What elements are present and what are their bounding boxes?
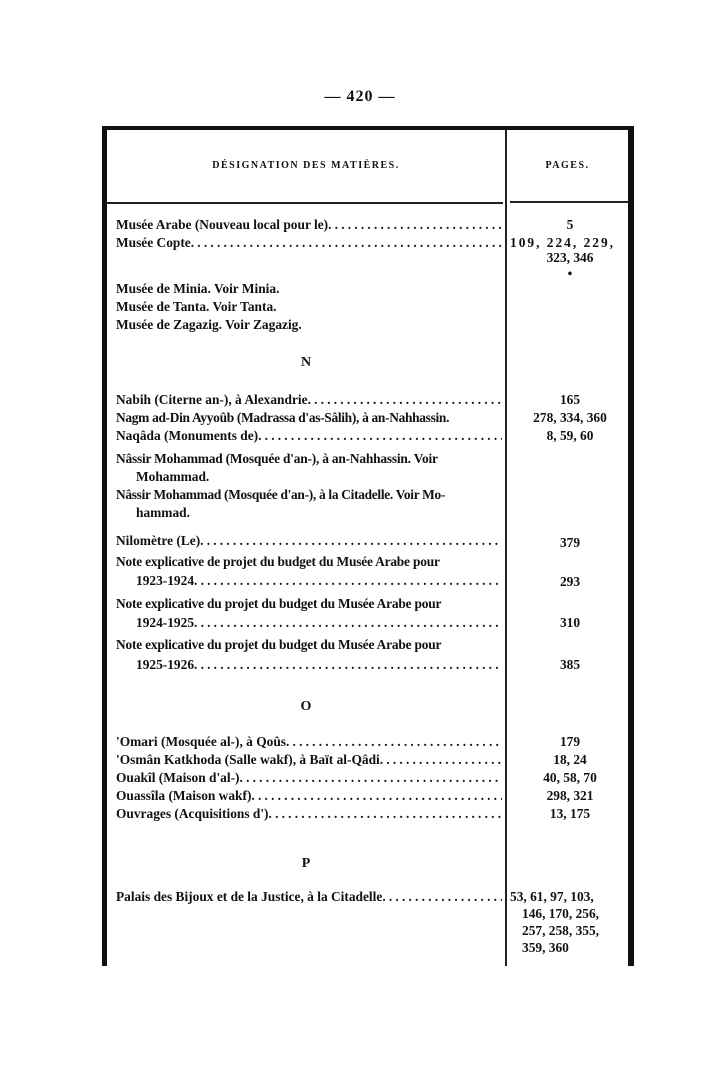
entry-pages: 293 bbox=[509, 573, 631, 591]
entry-pages: 53, 61, 97, 103, bbox=[510, 888, 632, 906]
header-rule bbox=[107, 202, 503, 204]
index-entry: Ouakîl (Maison d'al-) bbox=[116, 769, 502, 787]
index-entry-continued: 1924-1925 bbox=[136, 614, 502, 632]
entry-text: Musée Arabe (Nouveau local pour le) bbox=[116, 216, 328, 234]
index-entry: Ouassîla (Maison wakf) bbox=[116, 787, 502, 805]
entry-pages: 179 bbox=[509, 733, 631, 751]
leader-dots bbox=[191, 234, 502, 252]
entry-text: Nilomètre (Le) bbox=[116, 532, 200, 550]
entry-text: Musée de Zagazig. Voir Zagazig. bbox=[116, 316, 302, 334]
index-entry: 'Omari (Mosquée al-), à Qoûs bbox=[116, 733, 502, 751]
index-entry: Musée de Tanta. Voir Tanta. bbox=[116, 298, 502, 316]
header-rule bbox=[510, 201, 628, 203]
index-entry-continued: 1923-1924 bbox=[136, 572, 502, 590]
entry-text: Palais des Bijoux et de la Justice, à la… bbox=[116, 888, 382, 906]
entry-text: Musée Copte bbox=[116, 234, 191, 252]
entry-pages: 278, 334, 360 bbox=[509, 409, 631, 427]
entry-text: Note explicative du projet du budget du … bbox=[116, 636, 441, 654]
leader-dots bbox=[328, 216, 502, 234]
leader-dots bbox=[240, 769, 502, 787]
index-entry: Musée de Minia. Voir Minia. bbox=[116, 280, 502, 298]
index-entry: 'Osmân Katkhoda (Salle wakf), à Baït al-… bbox=[116, 751, 502, 769]
index-entry: Nabih (Citerne an-), à Alexandrie bbox=[116, 391, 502, 409]
table-left-border bbox=[102, 126, 107, 966]
column-header-designation: DÉSIGNATION DES MATIÈRES. bbox=[107, 160, 505, 171]
entry-pages: 5 bbox=[509, 216, 631, 234]
entry-text: Note explicative du projet du budget du … bbox=[116, 595, 441, 613]
leader-dots bbox=[308, 391, 502, 409]
entry-text: 1925-1926 bbox=[136, 656, 194, 674]
index-entry-continued: hammad. bbox=[136, 504, 502, 522]
leader-dots bbox=[286, 733, 502, 751]
entry-text: Naqâda (Monuments de) bbox=[116, 427, 258, 445]
index-entry: Naqâda (Monuments de) bbox=[116, 427, 502, 445]
entry-pages: 379 bbox=[509, 534, 631, 552]
leader-dots bbox=[194, 614, 502, 632]
entry-text: hammad. bbox=[136, 504, 190, 522]
leader-dots bbox=[269, 805, 502, 823]
entry-pages: 13, 175 bbox=[509, 805, 631, 823]
column-divider bbox=[505, 130, 507, 966]
entry-text: Ouassîla (Maison wakf) bbox=[116, 787, 251, 805]
entry-pages-continued: 257, 258, 355, bbox=[522, 922, 644, 940]
entry-text: 'Osmân Katkhoda (Salle wakf), à Baït al-… bbox=[116, 751, 380, 769]
entry-pages-continued: 146, 170, 256, bbox=[522, 905, 644, 923]
index-entry: Note explicative de projet du budget du … bbox=[116, 553, 502, 571]
entry-text: Musée de Tanta. Voir Tanta. bbox=[116, 298, 277, 316]
entry-text: 'Omari (Mosquée al-), à Qoûs bbox=[116, 733, 286, 751]
page-number: — 420 — bbox=[0, 88, 720, 106]
leader-dots bbox=[382, 888, 502, 906]
entry-pages: 310 bbox=[509, 614, 631, 632]
section-letter-p: P bbox=[107, 856, 505, 872]
index-entry-continued: Mohammad. bbox=[136, 468, 502, 486]
entry-text: Nagm ad-Din Ayyoûb (Madrassa d'as-Sâlih)… bbox=[116, 409, 449, 427]
leader-dots bbox=[194, 572, 502, 590]
entry-pages: 385 bbox=[509, 656, 631, 674]
index-entry: Nagm ad-Din Ayyoûb (Madrassa d'as-Sâlih)… bbox=[116, 409, 502, 427]
index-entry: Ouvrages (Acquisitions d') bbox=[116, 805, 502, 823]
section-letter-o: O bbox=[107, 699, 505, 715]
index-entry: Nilomètre (Le) bbox=[116, 532, 502, 550]
leader-dots bbox=[200, 532, 502, 550]
leader-dots bbox=[194, 656, 502, 674]
entry-pages: 18, 24 bbox=[509, 751, 631, 769]
index-entry: Nâssir Mohammad (Mosquée d'an-), à la Ci… bbox=[116, 486, 502, 504]
entry-text: Musée de Minia. Voir Minia. bbox=[116, 280, 279, 298]
entry-text: Note explicative de projet du budget du … bbox=[116, 553, 440, 571]
table-top-border bbox=[102, 126, 634, 130]
column-header-pages: PAGES. bbox=[507, 160, 628, 171]
entry-text: Nâssir Mohammad (Mosquée d'an-), à an-Na… bbox=[116, 450, 438, 468]
entry-pages: 165 bbox=[509, 391, 631, 409]
entry-text: Nâssir Mohammad (Mosquée d'an-), à la Ci… bbox=[116, 486, 445, 504]
entry-text: Nabih (Citerne an-), à Alexandrie bbox=[116, 391, 308, 409]
index-entry: Palais des Bijoux et de la Justice, à la… bbox=[116, 888, 502, 906]
entry-pages: 8, 59, 60 bbox=[509, 427, 631, 445]
index-entry: Musée de Zagazig. Voir Zagazig. bbox=[116, 316, 502, 334]
index-entry: Musée Arabe (Nouveau local pour le) bbox=[116, 216, 502, 234]
leader-dots bbox=[251, 787, 502, 805]
entry-pages: • bbox=[509, 265, 631, 283]
entry-text: Ouakîl (Maison d'al-) bbox=[116, 769, 240, 787]
index-entry: Note explicative du projet du budget du … bbox=[116, 595, 502, 613]
entry-pages-continued: 359, 360 bbox=[522, 939, 644, 957]
entry-text: 1923-1924 bbox=[136, 572, 194, 590]
leader-dots bbox=[380, 751, 502, 769]
index-entry: Nâssir Mohammad (Mosquée d'an-), à an-Na… bbox=[116, 450, 502, 468]
section-letter-n: N bbox=[107, 355, 505, 371]
leader-dots bbox=[258, 427, 502, 445]
entry-pages: 40, 58, 70 bbox=[509, 769, 631, 787]
entry-text: Ouvrages (Acquisitions d') bbox=[116, 805, 269, 823]
index-entry-continued: 1925-1926 bbox=[136, 656, 502, 674]
entry-text: 1924-1925 bbox=[136, 614, 194, 632]
index-entry: Note explicative du projet du budget du … bbox=[116, 636, 502, 654]
entry-pages: 298, 321 bbox=[509, 787, 631, 805]
index-entry: Musée Copte bbox=[116, 234, 502, 252]
entry-text: Mohammad. bbox=[136, 468, 209, 486]
